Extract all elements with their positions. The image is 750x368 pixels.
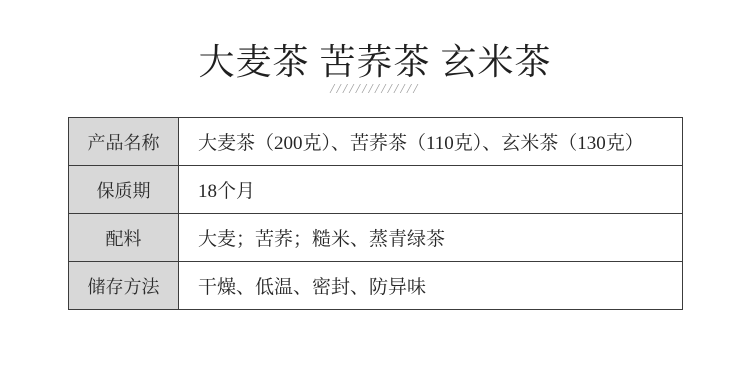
product-spec-table: 产品名称 大麦茶（200克）、苦荞茶（110克）、玄米茶（130克） 保质期 1…	[68, 117, 683, 310]
row-label-ingredients: 配料	[69, 214, 179, 262]
row-label-shelf-life: 保质期	[69, 166, 179, 214]
table-row: 产品名称 大麦茶（200克）、苦荞茶（110克）、玄米茶（130克）	[69, 118, 683, 166]
row-value-storage-method: 干燥、低温、密封、防异味	[179, 262, 683, 310]
page-title: 大麦茶 苦荞茶 玄米茶	[0, 34, 750, 85]
table-row: 配料 大麦；苦荞；糙米、蒸青绿茶	[69, 214, 683, 262]
table-row: 保质期 18个月	[69, 166, 683, 214]
product-info-page: 大麦茶 苦荞茶 玄米茶 ////////////// 产品名称 大麦茶（200克…	[0, 0, 750, 368]
row-value-shelf-life: 18个月	[179, 166, 683, 214]
row-value-product-name: 大麦茶（200克）、苦荞茶（110克）、玄米茶（130克）	[179, 118, 683, 166]
row-value-ingredients: 大麦；苦荞；糙米、蒸青绿茶	[179, 214, 683, 262]
row-label-storage-method: 储存方法	[69, 262, 179, 310]
slash-divider-decoration: //////////////	[0, 82, 750, 98]
table-row: 储存方法 干燥、低温、密封、防异味	[69, 262, 683, 310]
row-label-product-name: 产品名称	[69, 118, 179, 166]
